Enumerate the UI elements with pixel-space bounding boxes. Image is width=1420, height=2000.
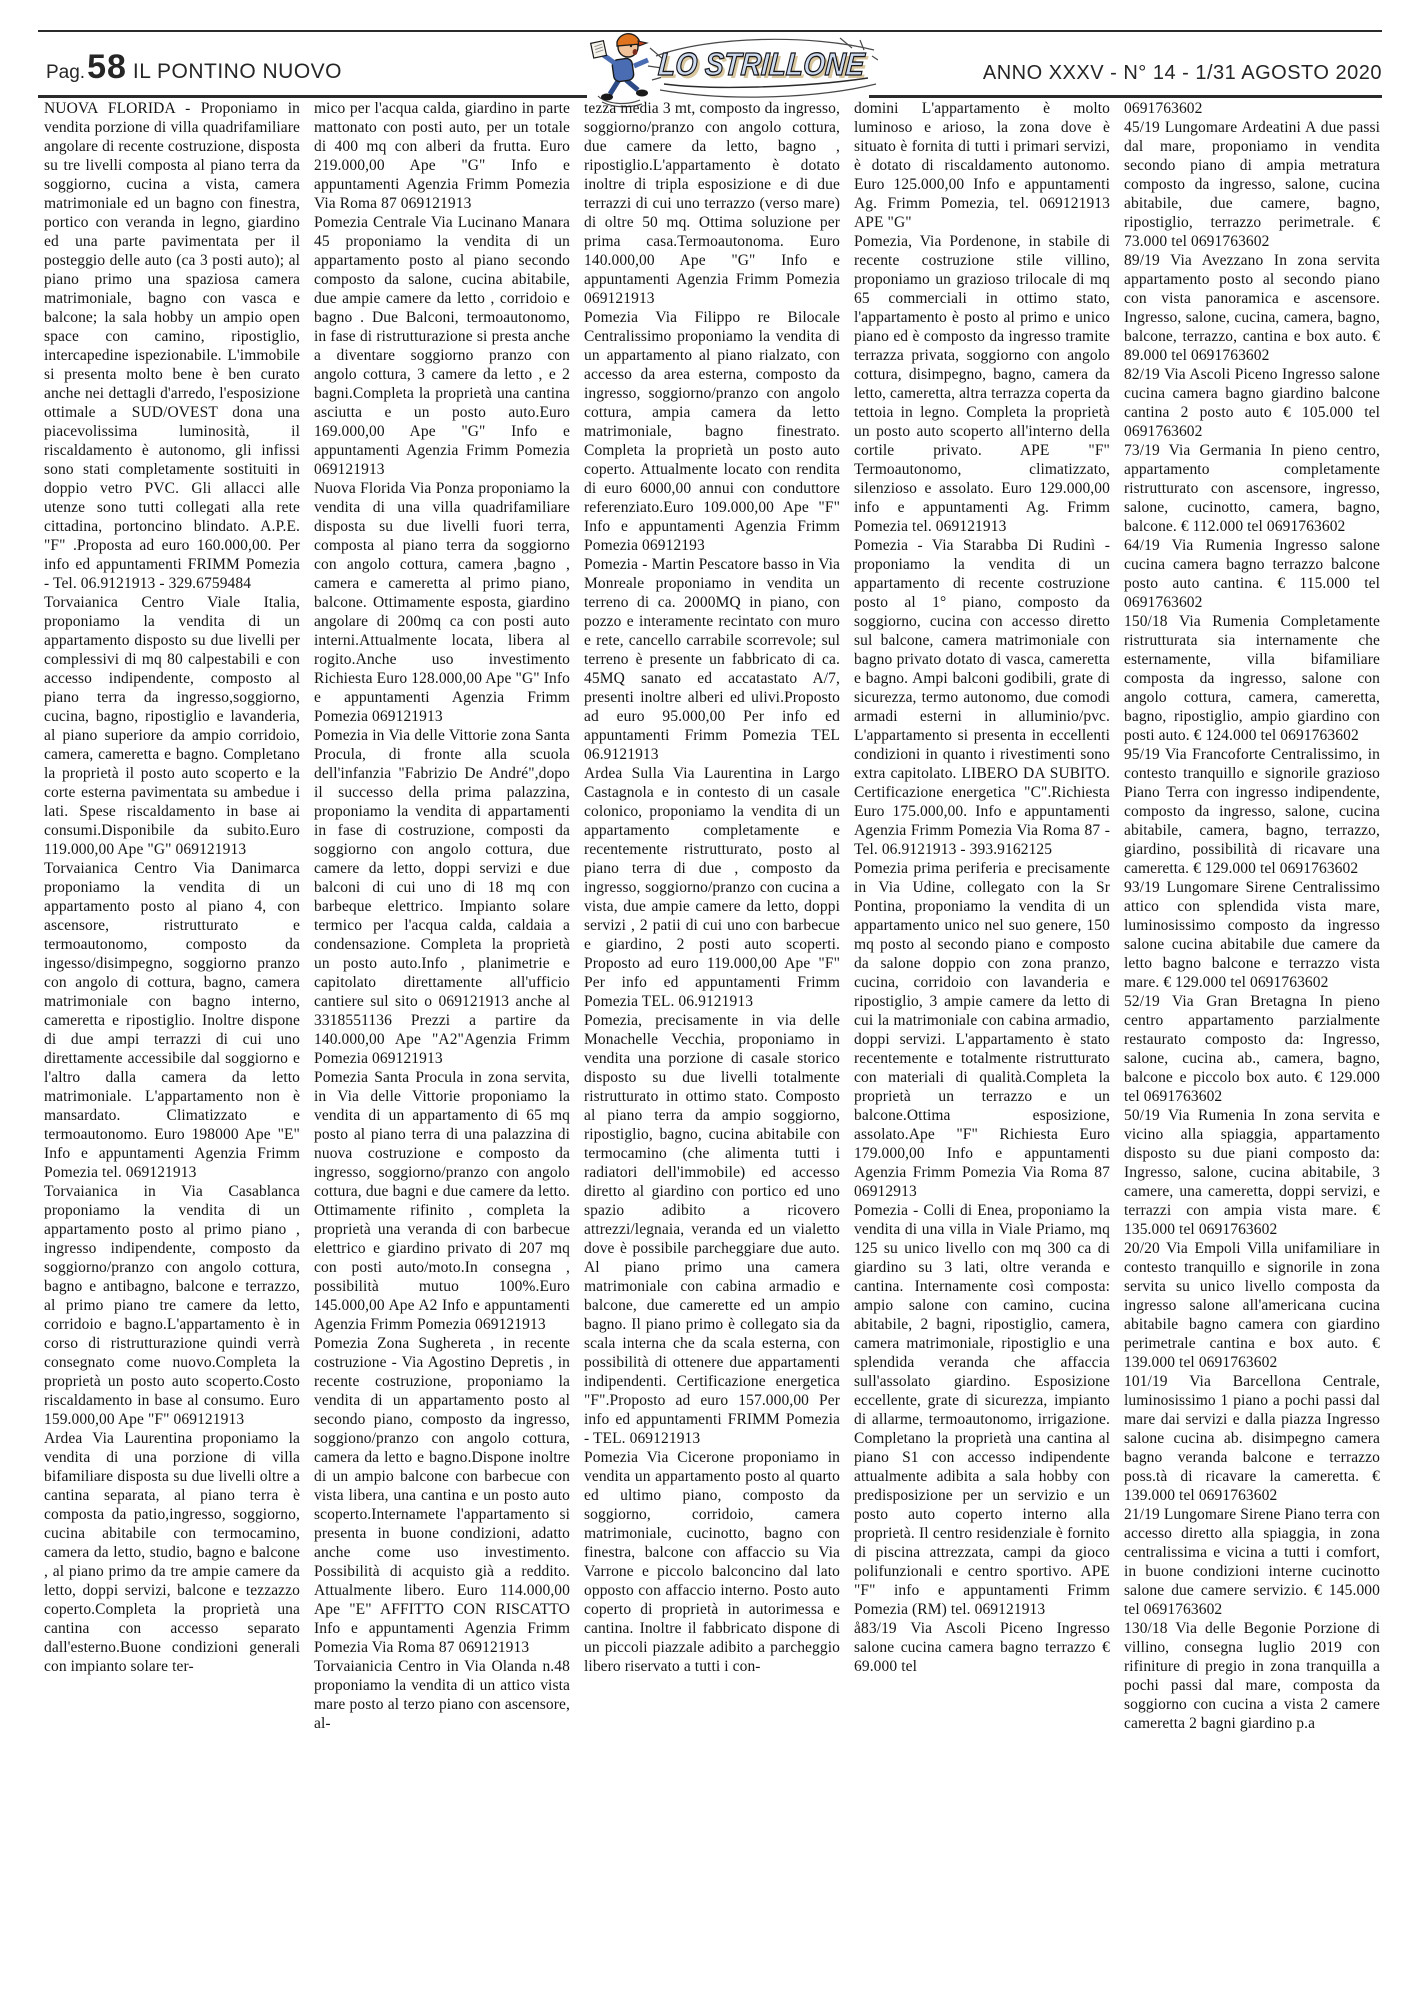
page-header-left: Pag. 58 IL PONTINO NUOVO (46, 48, 342, 87)
classified-ad: 150/18 Via Rumenia Completamente ristrut… (1124, 612, 1380, 745)
header-rule-left (38, 95, 587, 98)
classified-ad: Pomezia - Colli di Enea, proponiamo la v… (854, 1201, 1110, 1619)
page-label: Pag. (46, 62, 85, 84)
classified-ad: 21/19 Lungomare Sirene Piano terra con a… (1124, 1505, 1380, 1619)
classifieds-content: NUOVA FLORIDA - Proponiamo in vendita po… (44, 99, 1380, 1733)
newsboy-icon (591, 34, 648, 101)
classified-ad: Torvaianicia Centro in Via Olanda n.48 p… (314, 1657, 570, 1733)
issue-info: ANNO XXXV - N° 14 - 1/31 AGOSTO 2020 (983, 62, 1382, 85)
logo-lettering: LO STRILLONE LO STRILLONE (657, 46, 870, 85)
classified-ad: 95/19 Via Francoforte Centralissimo, in … (1124, 745, 1380, 878)
classified-ad: Pomezia Santa Procula in zona servita, i… (314, 1068, 570, 1334)
classified-ad: Nuova Florida Via Ponza proponiamo la ve… (314, 479, 570, 726)
classified-ad: 101/19 Via Barcellona Centrale, luminosi… (1124, 1372, 1380, 1505)
newspaper-page: Pag. 58 IL PONTINO NUOVO ANNO XXXV - N° … (0, 0, 1420, 2000)
classified-ad: 93/19 Lungomare Sirene Centralissimo att… (1124, 878, 1380, 992)
classified-ad: 89/19 Via Avezzano In zona servita appar… (1124, 251, 1380, 365)
text-column-1: NUOVA FLORIDA - Proponiamo in vendita po… (44, 99, 300, 1733)
classified-ad: Pomezia Zona Sughereta , in recente cost… (314, 1334, 570, 1657)
classified-ad: Ardea Via Laurentina proponiamo la vendi… (44, 1429, 300, 1676)
classified-ad: 52/19 Via Gran Bretagna In pieno centro … (1124, 992, 1380, 1106)
classified-ad: 82/19 Via Ascoli Piceno Ingresso salone … (1124, 365, 1380, 441)
classified-ad: Ardea Sulla Via Laurentina in Largo Cast… (584, 764, 840, 1011)
classified-ad: 64/19 Via Rumenia Ingresso salone cucina… (1124, 536, 1380, 612)
text-column-5: 0691763602 45/19 Lungomare Ardeatini A d… (1124, 99, 1380, 1733)
classified-ad: 45/19 Lungomare Ardeatini A due passi da… (1124, 118, 1380, 251)
classified-ad: 50/19 Via Rumenia In zona servita e vici… (1124, 1106, 1380, 1239)
classified-ad: NUOVA FLORIDA - Proponiamo in vendita po… (44, 99, 300, 593)
classified-ad: Pomezia - Via Starabba Di Rudinì - propo… (854, 536, 1110, 859)
classified-ad: mico per l'acqua calda, giardino in part… (314, 99, 570, 213)
classified-ad: Torvaianica in Via Casablanca proponiamo… (44, 1182, 300, 1429)
header-rule-right (869, 95, 1382, 98)
page-number: 58 (87, 48, 127, 87)
classified-ad: Pomezia Via Filippo re Bilocale Centrali… (584, 308, 840, 555)
classified-ad: domini L'appartamento è molto luminoso e… (854, 99, 1110, 232)
text-column-3: tezza media 3 mt, composto da ingresso, … (584, 99, 840, 1733)
logo-text: LO STRILLONE (657, 46, 867, 82)
classified-ad: 20/20 Via Empoli Villa unifamiliare in c… (1124, 1239, 1380, 1372)
classified-ad: Pomezia Centrale Via Lucinano Manara 45 … (314, 213, 570, 479)
classified-ad: Pomezia, Via Pordenone, in stabile di re… (854, 232, 1110, 536)
classified-ad: Torvaianica Centro Via Danimarca proponi… (44, 859, 300, 1182)
text-column-4: domini L'appartamento è molto luminoso e… (854, 99, 1110, 1733)
classified-ad: tezza media 3 mt, composto da ingresso, … (584, 99, 840, 308)
classified-ad: Pomezia Via Cicerone proponiamo in vendi… (584, 1448, 840, 1676)
classified-ad: Torvaianica Centro Viale Italia, proponi… (44, 593, 300, 859)
text-column-2: mico per l'acqua calda, giardino in part… (314, 99, 570, 1733)
classified-ad: Pomezia in Via delle Vittorie zona Santa… (314, 726, 570, 1068)
classified-ad: 73/19 Via Germania In pieno centro, appa… (1124, 441, 1380, 536)
classified-ad: 130/18 Via delle Begonie Porzione di vil… (1124, 1619, 1380, 1733)
classified-ad: Pomezia, precisamente in via delle Monac… (584, 1011, 840, 1448)
newspaper-title: IL PONTINO NUOVO (133, 60, 342, 84)
classified-ad: 0691763602 (1124, 99, 1380, 118)
classified-ad: Pomezia prima periferia e precisamente i… (854, 859, 1110, 1201)
classified-ad: Pomezia - Martin Pescatore basso in Via … (584, 555, 840, 764)
classified-ad: å83/19 Via Ascoli Piceno Ingresso salone… (854, 1619, 1110, 1676)
